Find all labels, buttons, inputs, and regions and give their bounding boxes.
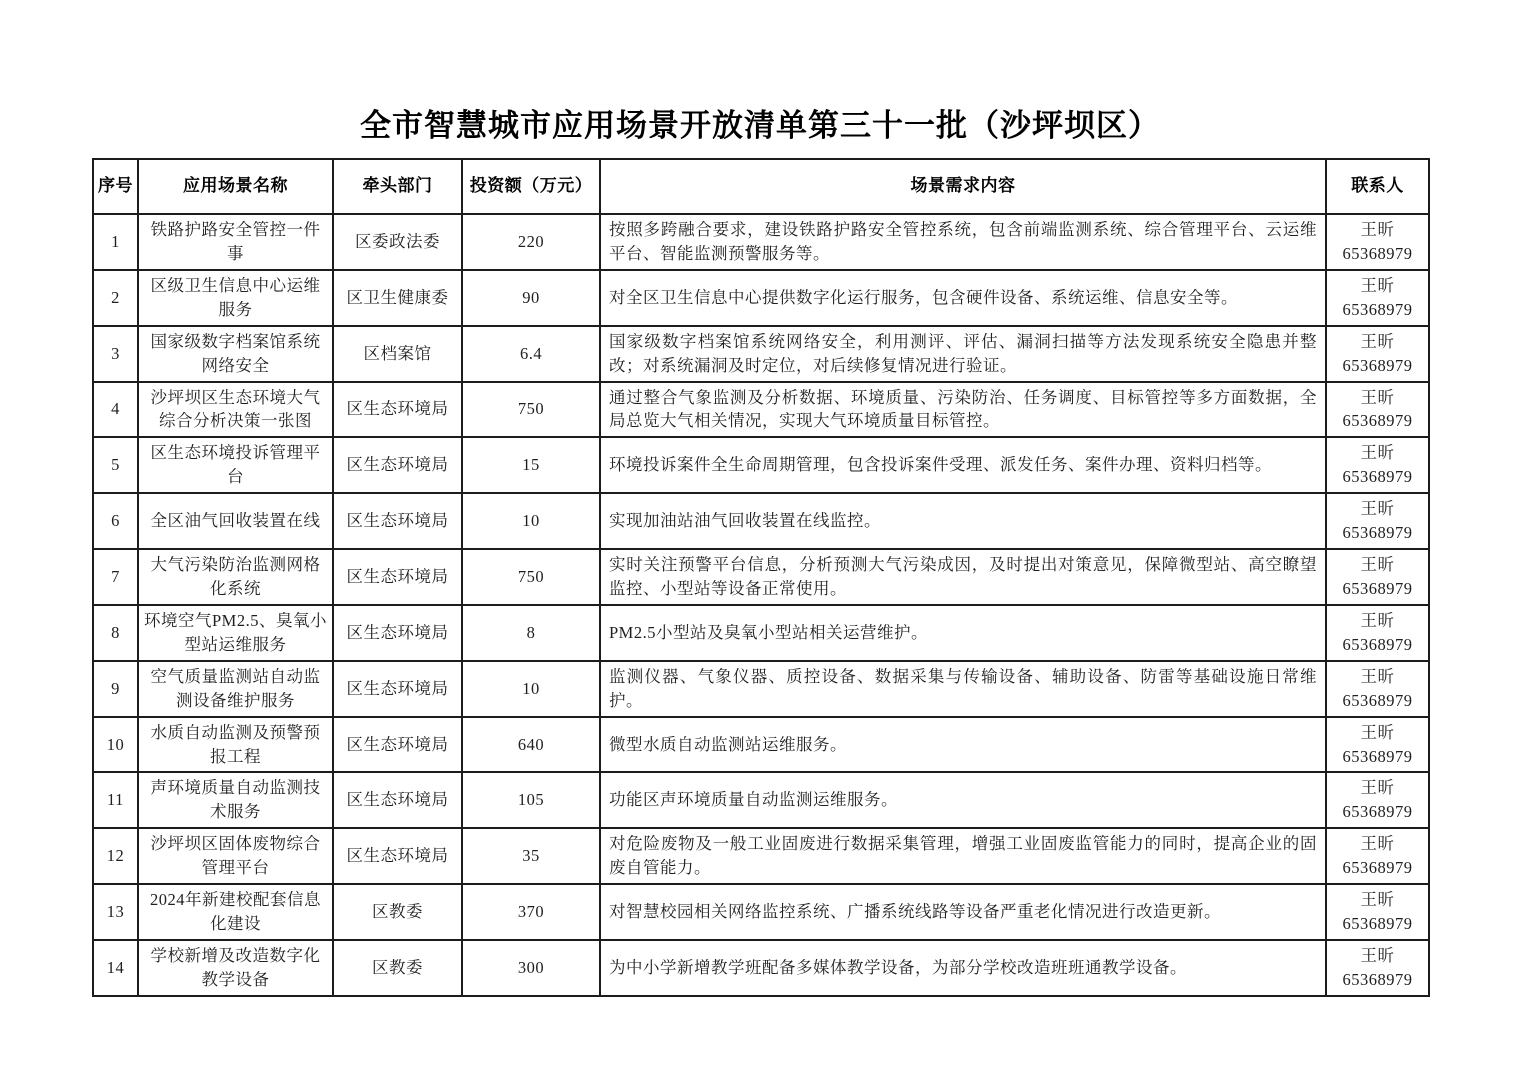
table-row: 3 国家级数字档案馆系统网络安全 区档案馆 6.4 国家级数字档案馆系统网络安全…	[93, 326, 1429, 382]
cell-lead-department: 区委政法委	[333, 214, 462, 270]
header-no: 序号	[93, 159, 138, 214]
cell-investment-amount: 370	[462, 884, 600, 940]
cell-contact: 王昕 65368979	[1326, 493, 1429, 549]
cell-scenario-name: 沙坪坝区生态环境大气综合分析决策一张图	[138, 382, 333, 438]
cell-investment-amount: 90	[462, 270, 600, 326]
cell-scenario-name: 2024年新建校配套信息化建设	[138, 884, 333, 940]
table-row: 9 空气质量监测站自动监测设备维护服务 区生态环境局 10 监测仪器、气象仪器、…	[93, 661, 1429, 717]
contact-name: 王昕	[1331, 218, 1424, 242]
contact-phone: 65368979	[1331, 577, 1424, 601]
cell-investment-amount: 35	[462, 828, 600, 884]
cell-row-number: 5	[93, 437, 138, 493]
table-header-row: 序号 应用场景名称 牵头部门 投资额（万元） 场景需求内容 联系人	[93, 159, 1429, 214]
cell-scenario-name: 学校新增及改造数字化教学设备	[138, 940, 333, 996]
cell-requirement-text: 监测仪器、气象仪器、质控设备、数据采集与传输设备、辅助设备、防雷等基础设施日常维…	[600, 661, 1326, 717]
cell-investment-amount: 8	[462, 605, 600, 661]
cell-investment-amount: 10	[462, 661, 600, 717]
cell-contact: 王昕 65368979	[1326, 884, 1429, 940]
cell-lead-department: 区教委	[333, 940, 462, 996]
cell-contact: 王昕 65368979	[1326, 437, 1429, 493]
cell-investment-amount: 220	[462, 214, 600, 270]
cell-row-number: 7	[93, 549, 138, 605]
contact-name: 王昕	[1331, 776, 1424, 800]
cell-scenario-name: 区级卫生信息中心运维服务	[138, 270, 333, 326]
contact-phone: 65368979	[1331, 689, 1424, 713]
header-content: 场景需求内容	[600, 159, 1326, 214]
cell-lead-department: 区生态环境局	[333, 661, 462, 717]
cell-row-number: 14	[93, 940, 138, 996]
contact-name: 王昕	[1331, 274, 1424, 298]
cell-requirement-text: 按照多跨融合要求，建设铁路护路安全管控系统，包含前端监测系统、综合管理平台、云运…	[600, 214, 1326, 270]
contact-name: 王昕	[1331, 665, 1424, 689]
contact-name: 王昕	[1331, 441, 1424, 465]
cell-scenario-name: 环境空气PM2.5、臭氧小型站运维服务	[138, 605, 333, 661]
contact-name: 王昕	[1331, 888, 1424, 912]
contact-phone: 65368979	[1331, 465, 1424, 489]
contact-phone: 65368979	[1331, 968, 1424, 992]
table-row: 4 沙坪坝区生态环境大气综合分析决策一张图 区生态环境局 750 通过整合气象监…	[93, 382, 1429, 438]
cell-scenario-name: 区生态环境投诉管理平台	[138, 437, 333, 493]
cell-investment-amount: 300	[462, 940, 600, 996]
cell-investment-amount: 640	[462, 717, 600, 773]
contact-name: 王昕	[1331, 553, 1424, 577]
table-row: 14 学校新增及改造数字化教学设备 区教委 300 为中小学新增教学班配备多媒体…	[93, 940, 1429, 996]
cell-requirement-text: 功能区声环境质量自动监测运维服务。	[600, 772, 1326, 828]
cell-lead-department: 区生态环境局	[333, 605, 462, 661]
cell-requirement-text: 通过整合气象监测及分析数据、环境质量、污染防治、任务调度、目标管控等多方面数据，…	[600, 382, 1326, 438]
cell-lead-department: 区生态环境局	[333, 828, 462, 884]
contact-phone: 65368979	[1331, 856, 1424, 880]
contact-phone: 65368979	[1331, 354, 1424, 378]
cell-scenario-name: 沙坪坝区固体废物综合管理平台	[138, 828, 333, 884]
cell-lead-department: 区档案馆	[333, 326, 462, 382]
cell-contact: 王昕 65368979	[1326, 382, 1429, 438]
cell-investment-amount: 105	[462, 772, 600, 828]
contact-phone: 65368979	[1331, 800, 1424, 824]
cell-row-number: 2	[93, 270, 138, 326]
cell-requirement-text: PM2.5小型站及臭氧小型站相关运营维护。	[600, 605, 1326, 661]
cell-lead-department: 区生态环境局	[333, 437, 462, 493]
cell-row-number: 13	[93, 884, 138, 940]
contact-phone: 65368979	[1331, 521, 1424, 545]
cell-contact: 王昕 65368979	[1326, 214, 1429, 270]
cell-contact: 王昕 65368979	[1326, 605, 1429, 661]
cell-row-number: 12	[93, 828, 138, 884]
cell-lead-department: 区生态环境局	[333, 717, 462, 773]
table-row: 13 2024年新建校配套信息化建设 区教委 370 对智慧校园相关网络监控系统…	[93, 884, 1429, 940]
cell-scenario-name: 全区油气回收装置在线	[138, 493, 333, 549]
cell-scenario-name: 国家级数字档案馆系统网络安全	[138, 326, 333, 382]
cell-lead-department: 区教委	[333, 884, 462, 940]
cell-contact: 王昕 65368979	[1326, 772, 1429, 828]
cell-contact: 王昕 65368979	[1326, 326, 1429, 382]
table-row: 6 全区油气回收装置在线 区生态环境局 10 实现加油站油气回收装置在线监控。 …	[93, 493, 1429, 549]
table-container: 序号 应用场景名称 牵头部门 投资额（万元） 场景需求内容 联系人 1 铁路护路…	[92, 158, 1428, 997]
page-title: 全市智慧城市应用场景开放清单第三十一批（沙坪坝区）	[0, 0, 1520, 158]
table-body: 1 铁路护路安全管控一件事 区委政法委 220 按照多跨融合要求，建设铁路护路安…	[93, 214, 1429, 996]
cell-row-number: 8	[93, 605, 138, 661]
cell-scenario-name: 水质自动监测及预警预报工程	[138, 717, 333, 773]
cell-investment-amount: 6.4	[462, 326, 600, 382]
cell-requirement-text: 环境投诉案件全生命周期管理，包含投诉案件受理、派发任务、案件办理、资料归档等。	[600, 437, 1326, 493]
table-row: 2 区级卫生信息中心运维服务 区卫生健康委 90 对全区卫生信息中心提供数字化运…	[93, 270, 1429, 326]
cell-row-number: 4	[93, 382, 138, 438]
contact-name: 王昕	[1331, 497, 1424, 521]
contact-phone: 65368979	[1331, 912, 1424, 936]
cell-row-number: 3	[93, 326, 138, 382]
table-row: 7 大气污染防治监测网格化系统 区生态环境局 750 实时关注预警平台信息，分析…	[93, 549, 1429, 605]
cell-investment-amount: 10	[462, 493, 600, 549]
contact-phone: 65368979	[1331, 633, 1424, 657]
cell-scenario-name: 大气污染防治监测网格化系统	[138, 549, 333, 605]
contact-name: 王昕	[1331, 609, 1424, 633]
cell-row-number: 6	[93, 493, 138, 549]
cell-lead-department: 区生态环境局	[333, 772, 462, 828]
cell-requirement-text: 对智慧校园相关网络监控系统、广播系统线路等设备严重老化情况进行改造更新。	[600, 884, 1326, 940]
contact-name: 王昕	[1331, 944, 1424, 968]
table-row: 12 沙坪坝区固体废物综合管理平台 区生态环境局 35 对危险废物及一般工业固废…	[93, 828, 1429, 884]
table-row: 5 区生态环境投诉管理平台 区生态环境局 15 环境投诉案件全生命周期管理，包含…	[93, 437, 1429, 493]
cell-row-number: 11	[93, 772, 138, 828]
table-row: 1 铁路护路安全管控一件事 区委政法委 220 按照多跨融合要求，建设铁路护路安…	[93, 214, 1429, 270]
cell-requirement-text: 为中小学新增教学班配备多媒体教学设备，为部分学校改造班班通教学设备。	[600, 940, 1326, 996]
contact-phone: 65368979	[1331, 242, 1424, 266]
cell-requirement-text: 实现加油站油气回收装置在线监控。	[600, 493, 1326, 549]
cell-row-number: 9	[93, 661, 138, 717]
cell-scenario-name: 空气质量监测站自动监测设备维护服务	[138, 661, 333, 717]
cell-contact: 王昕 65368979	[1326, 717, 1429, 773]
cell-scenario-name: 声环境质量自动监测技术服务	[138, 772, 333, 828]
cell-lead-department: 区生态环境局	[333, 493, 462, 549]
cell-requirement-text: 对危险废物及一般工业固废进行数据采集管理，增强工业固废监管能力的同时，提高企业的…	[600, 828, 1326, 884]
cell-requirement-text: 微型水质自动监测站运维服务。	[600, 717, 1326, 773]
contact-phone: 65368979	[1331, 298, 1424, 322]
cell-requirement-text: 对全区卫生信息中心提供数字化运行服务，包含硬件设备、系统运维、信息安全等。	[600, 270, 1326, 326]
contact-phone: 65368979	[1331, 409, 1424, 433]
cell-scenario-name: 铁路护路安全管控一件事	[138, 214, 333, 270]
cell-investment-amount: 15	[462, 437, 600, 493]
cell-contact: 王昕 65368979	[1326, 549, 1429, 605]
cell-investment-amount: 750	[462, 382, 600, 438]
header-amount: 投资额（万元）	[462, 159, 600, 214]
contact-name: 王昕	[1331, 386, 1424, 410]
cell-requirement-text: 实时关注预警平台信息，分析预测大气污染成因，及时提出对策意见，保障微型站、高空瞭…	[600, 549, 1326, 605]
header-dept: 牵头部门	[333, 159, 462, 214]
cell-contact: 王昕 65368979	[1326, 661, 1429, 717]
table-row: 8 环境空气PM2.5、臭氧小型站运维服务 区生态环境局 8 PM2.5小型站及…	[93, 605, 1429, 661]
cell-contact: 王昕 65368979	[1326, 940, 1429, 996]
cell-lead-department: 区生态环境局	[333, 549, 462, 605]
contact-name: 王昕	[1331, 721, 1424, 745]
document-page: 全市智慧城市应用场景开放清单第三十一批（沙坪坝区） 序号 应用场景名称 牵头部门…	[0, 0, 1520, 1074]
cell-row-number: 1	[93, 214, 138, 270]
table-row: 11 声环境质量自动监测技术服务 区生态环境局 105 功能区声环境质量自动监测…	[93, 772, 1429, 828]
header-contact: 联系人	[1326, 159, 1429, 214]
table-row: 10 水质自动监测及预警预报工程 区生态环境局 640 微型水质自动监测站运维服…	[93, 717, 1429, 773]
cell-lead-department: 区卫生健康委	[333, 270, 462, 326]
scenario-table: 序号 应用场景名称 牵头部门 投资额（万元） 场景需求内容 联系人 1 铁路护路…	[92, 158, 1430, 997]
cell-row-number: 10	[93, 717, 138, 773]
cell-contact: 王昕 65368979	[1326, 828, 1429, 884]
cell-requirement-text: 国家级数字档案馆系统网络安全，利用测评、评估、漏洞扫描等方法发现系统安全隐患并整…	[600, 326, 1326, 382]
header-name: 应用场景名称	[138, 159, 333, 214]
cell-investment-amount: 750	[462, 549, 600, 605]
contact-phone: 65368979	[1331, 745, 1424, 769]
cell-lead-department: 区生态环境局	[333, 382, 462, 438]
contact-name: 王昕	[1331, 330, 1424, 354]
contact-name: 王昕	[1331, 832, 1424, 856]
cell-contact: 王昕 65368979	[1326, 270, 1429, 326]
